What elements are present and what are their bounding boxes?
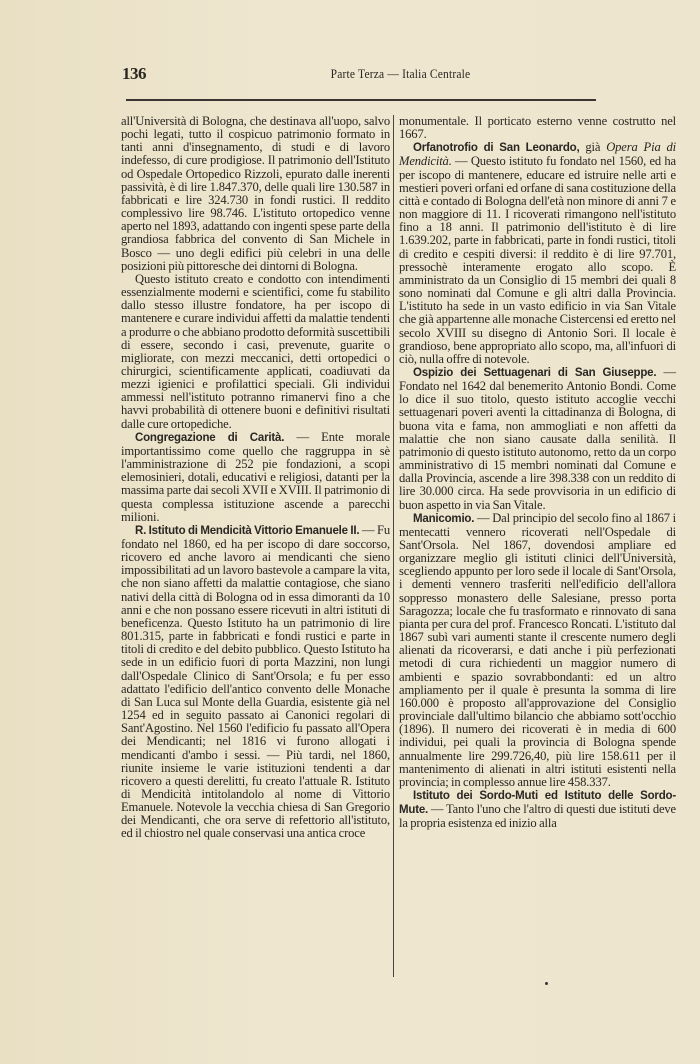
text-columns: all'Università di Bologna, che destinava… — [121, 115, 683, 985]
paragraph-body: — Fu fondato nel 1860, ed ha per iscopo … — [121, 523, 390, 841]
paragraph-body: — Questo istituto fu fondato nel 1560, e… — [399, 154, 676, 365]
paragraph: Ospizio dei Settuagenari di San Giuseppe… — [399, 366, 676, 512]
paragraph-body: già — [579, 140, 606, 154]
section-heading: Ospizio dei Settuagenari di San Giuseppe… — [413, 367, 656, 379]
paragraph: Questo istituto creato e condotto con in… — [121, 273, 390, 431]
left-column: all'Università di Bologna, che destinava… — [121, 115, 390, 841]
paragraph: Congregazione di Carità. — Ente morale i… — [121, 431, 390, 524]
page-header: 136 Parte Terza — Italia Centrale — [122, 64, 679, 86]
page-number: 136 — [122, 64, 146, 84]
paragraph-body: — Dal principio del secolo fino al 1867 … — [399, 511, 676, 789]
column-divider — [393, 115, 394, 977]
paragraph: Orfanotrofio di San Leonardo, già Opera … — [399, 141, 676, 366]
section-heading: Orfanotrofio di San Leonardo, — [413, 142, 579, 154]
running-title: Parte Terza — Italia Centrale — [144, 67, 656, 82]
paragraph: Istituto dei Sordo-Muti ed Istituto dell… — [399, 789, 676, 830]
header-rule — [126, 99, 596, 101]
section-heading: Manicomio. — [413, 513, 474, 525]
paragraph: monumentale. Il porticato esterno venne … — [399, 115, 676, 141]
paragraph: Manicomio. — Dal principio del secolo fi… — [399, 512, 676, 789]
paragraph: R. Istituto di Mendicità Vittorio Emanue… — [121, 524, 390, 841]
section-heading: Congregazione di Carità. — [135, 432, 284, 444]
paragraph-body: — Tanto l'uno che l'altro di questi due … — [399, 802, 676, 830]
paragraph-body: — Fondato nel 1642 dal benemerito Antoni… — [399, 365, 676, 512]
paragraph-body: — Ente morale importantissimo come quell… — [121, 430, 390, 524]
print-speck — [545, 982, 548, 985]
right-column: monumentale. Il porticato esterno venne … — [399, 115, 676, 830]
section-heading: R. Istituto di Mendicità Vittorio Emanue… — [135, 525, 359, 537]
paragraph: all'Università di Bologna, che destinava… — [121, 115, 390, 273]
